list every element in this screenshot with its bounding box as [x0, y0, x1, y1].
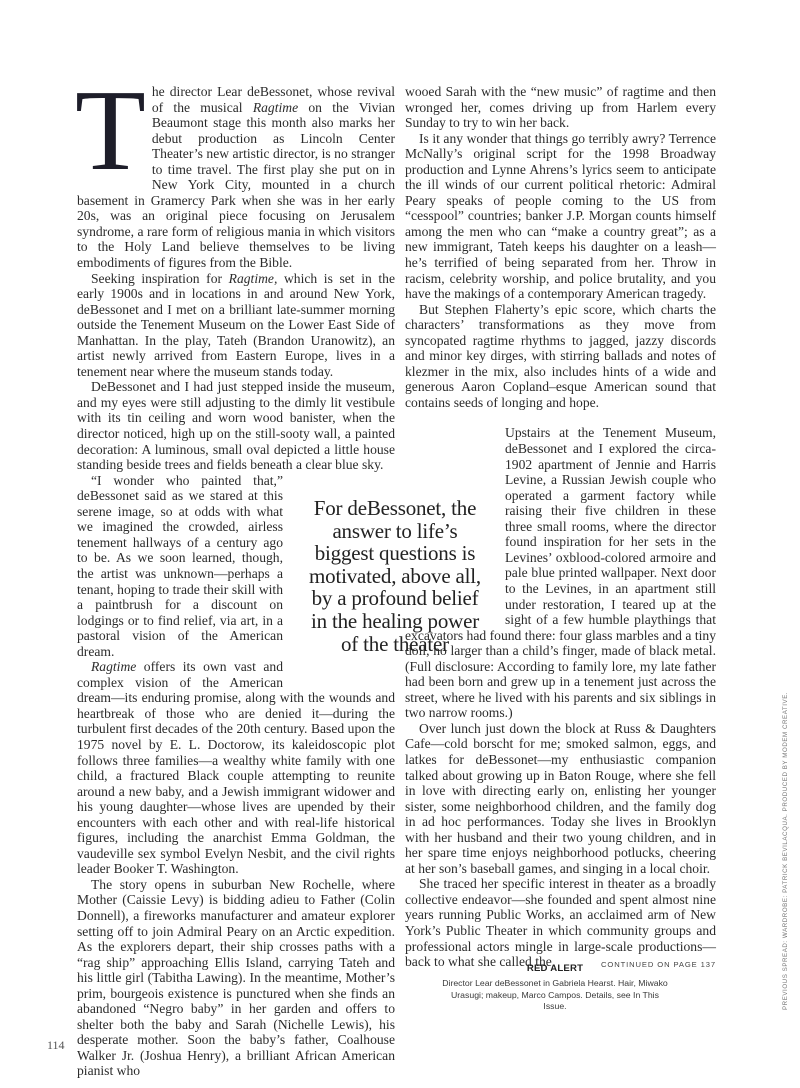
article-right-column: wooed Sarah with the “new music” of ragt…	[405, 84, 716, 973]
caption-body: Director Lear deBessonet in Gabriela Hea…	[440, 978, 670, 1013]
article-paragraph: The story opens in suburban New Rochelle…	[77, 877, 395, 1079]
article-paragraph: Over lunch just down the block at Russ &…	[405, 721, 716, 876]
photo-caption: RED ALERT Director Lear deBessonet in Ga…	[440, 963, 670, 1013]
article-paragraph: DeBessonet and I had just stepped inside…	[77, 379, 395, 472]
article-paragraph: wooed Sarah with the “new music” of ragt…	[405, 84, 716, 131]
photo-credit-vertical: PREVIOUS SPREAD: WARDROBE: PATRICK BEVIL…	[782, 692, 789, 1010]
pull-quote-spacer	[405, 456, 505, 627]
article-paragraph: The director Lear deBessonet, whose revi…	[77, 84, 395, 271]
page-number: 114	[47, 1038, 65, 1053]
article-paragraph: Upstairs at the Tenement Museum, deBesso…	[405, 425, 716, 720]
caption-title: RED ALERT	[440, 963, 670, 974]
drop-cap: T	[75, 88, 146, 178]
article-paragraph: She traced her specific interest in thea…	[405, 876, 716, 969]
article-paragraph: Is it any wonder that things go terribly…	[405, 131, 716, 302]
article-paragraph: But Stephen Flaherty’s epic score, which…	[405, 302, 716, 411]
article-paragraph: Seeking inspiration for Ragtime, which i…	[77, 271, 395, 380]
article-paragraph: Ragtime offers its own vast and complex …	[77, 659, 395, 877]
